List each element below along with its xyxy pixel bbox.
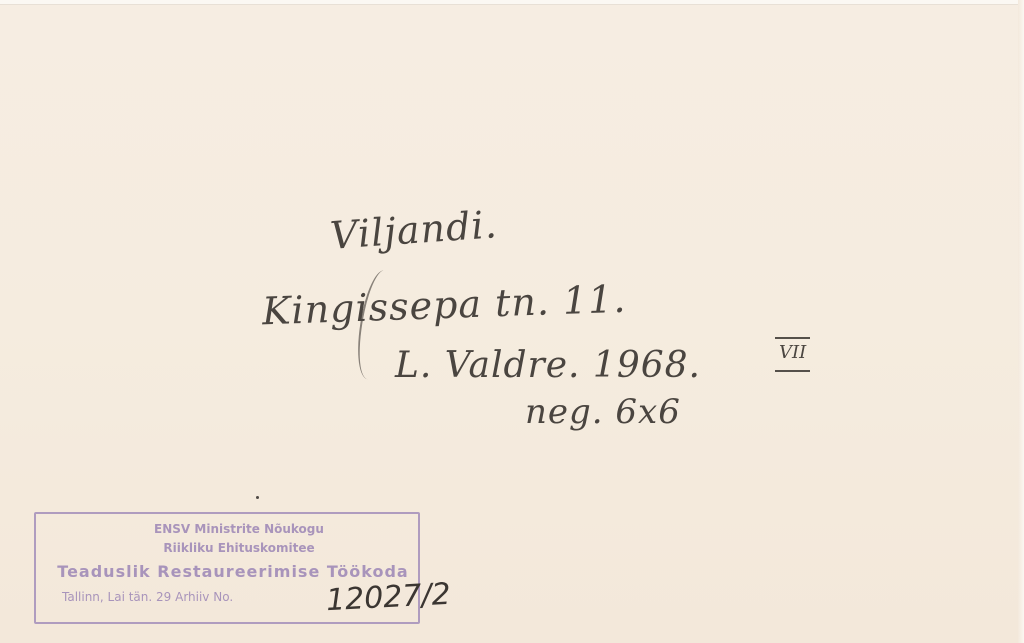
archive-number: 12027/2 bbox=[325, 577, 451, 618]
handwritten-author-year: L. Valdre. 1968. bbox=[395, 345, 701, 386]
handwritten-city: Viljandi. bbox=[329, 202, 499, 258]
handwritten-month: VII bbox=[775, 337, 810, 372]
pencil-dot bbox=[256, 496, 259, 499]
stamp-line-4: Tallinn, Lai tän. 29 Arhiiv No. bbox=[62, 590, 233, 604]
photo-back-document: Viljandi. Kingissepa tn. 11. L. Valdre. … bbox=[0, 0, 1024, 643]
paper-right-edge bbox=[1018, 0, 1024, 643]
stamp-line-3: Teaduslik Restaureerimise Töökoda bbox=[42, 562, 424, 581]
paper-top-edge bbox=[0, 0, 1024, 5]
handwritten-negative-format: neg. 6x6 bbox=[525, 392, 681, 432]
handwritten-address: Kingissepa tn. 11. bbox=[261, 277, 627, 334]
stamp-line-2: Riikliku Ehituskomitee bbox=[48, 541, 430, 555]
stamp-line-1: ENSV Ministrite Nõukogu bbox=[48, 522, 430, 536]
